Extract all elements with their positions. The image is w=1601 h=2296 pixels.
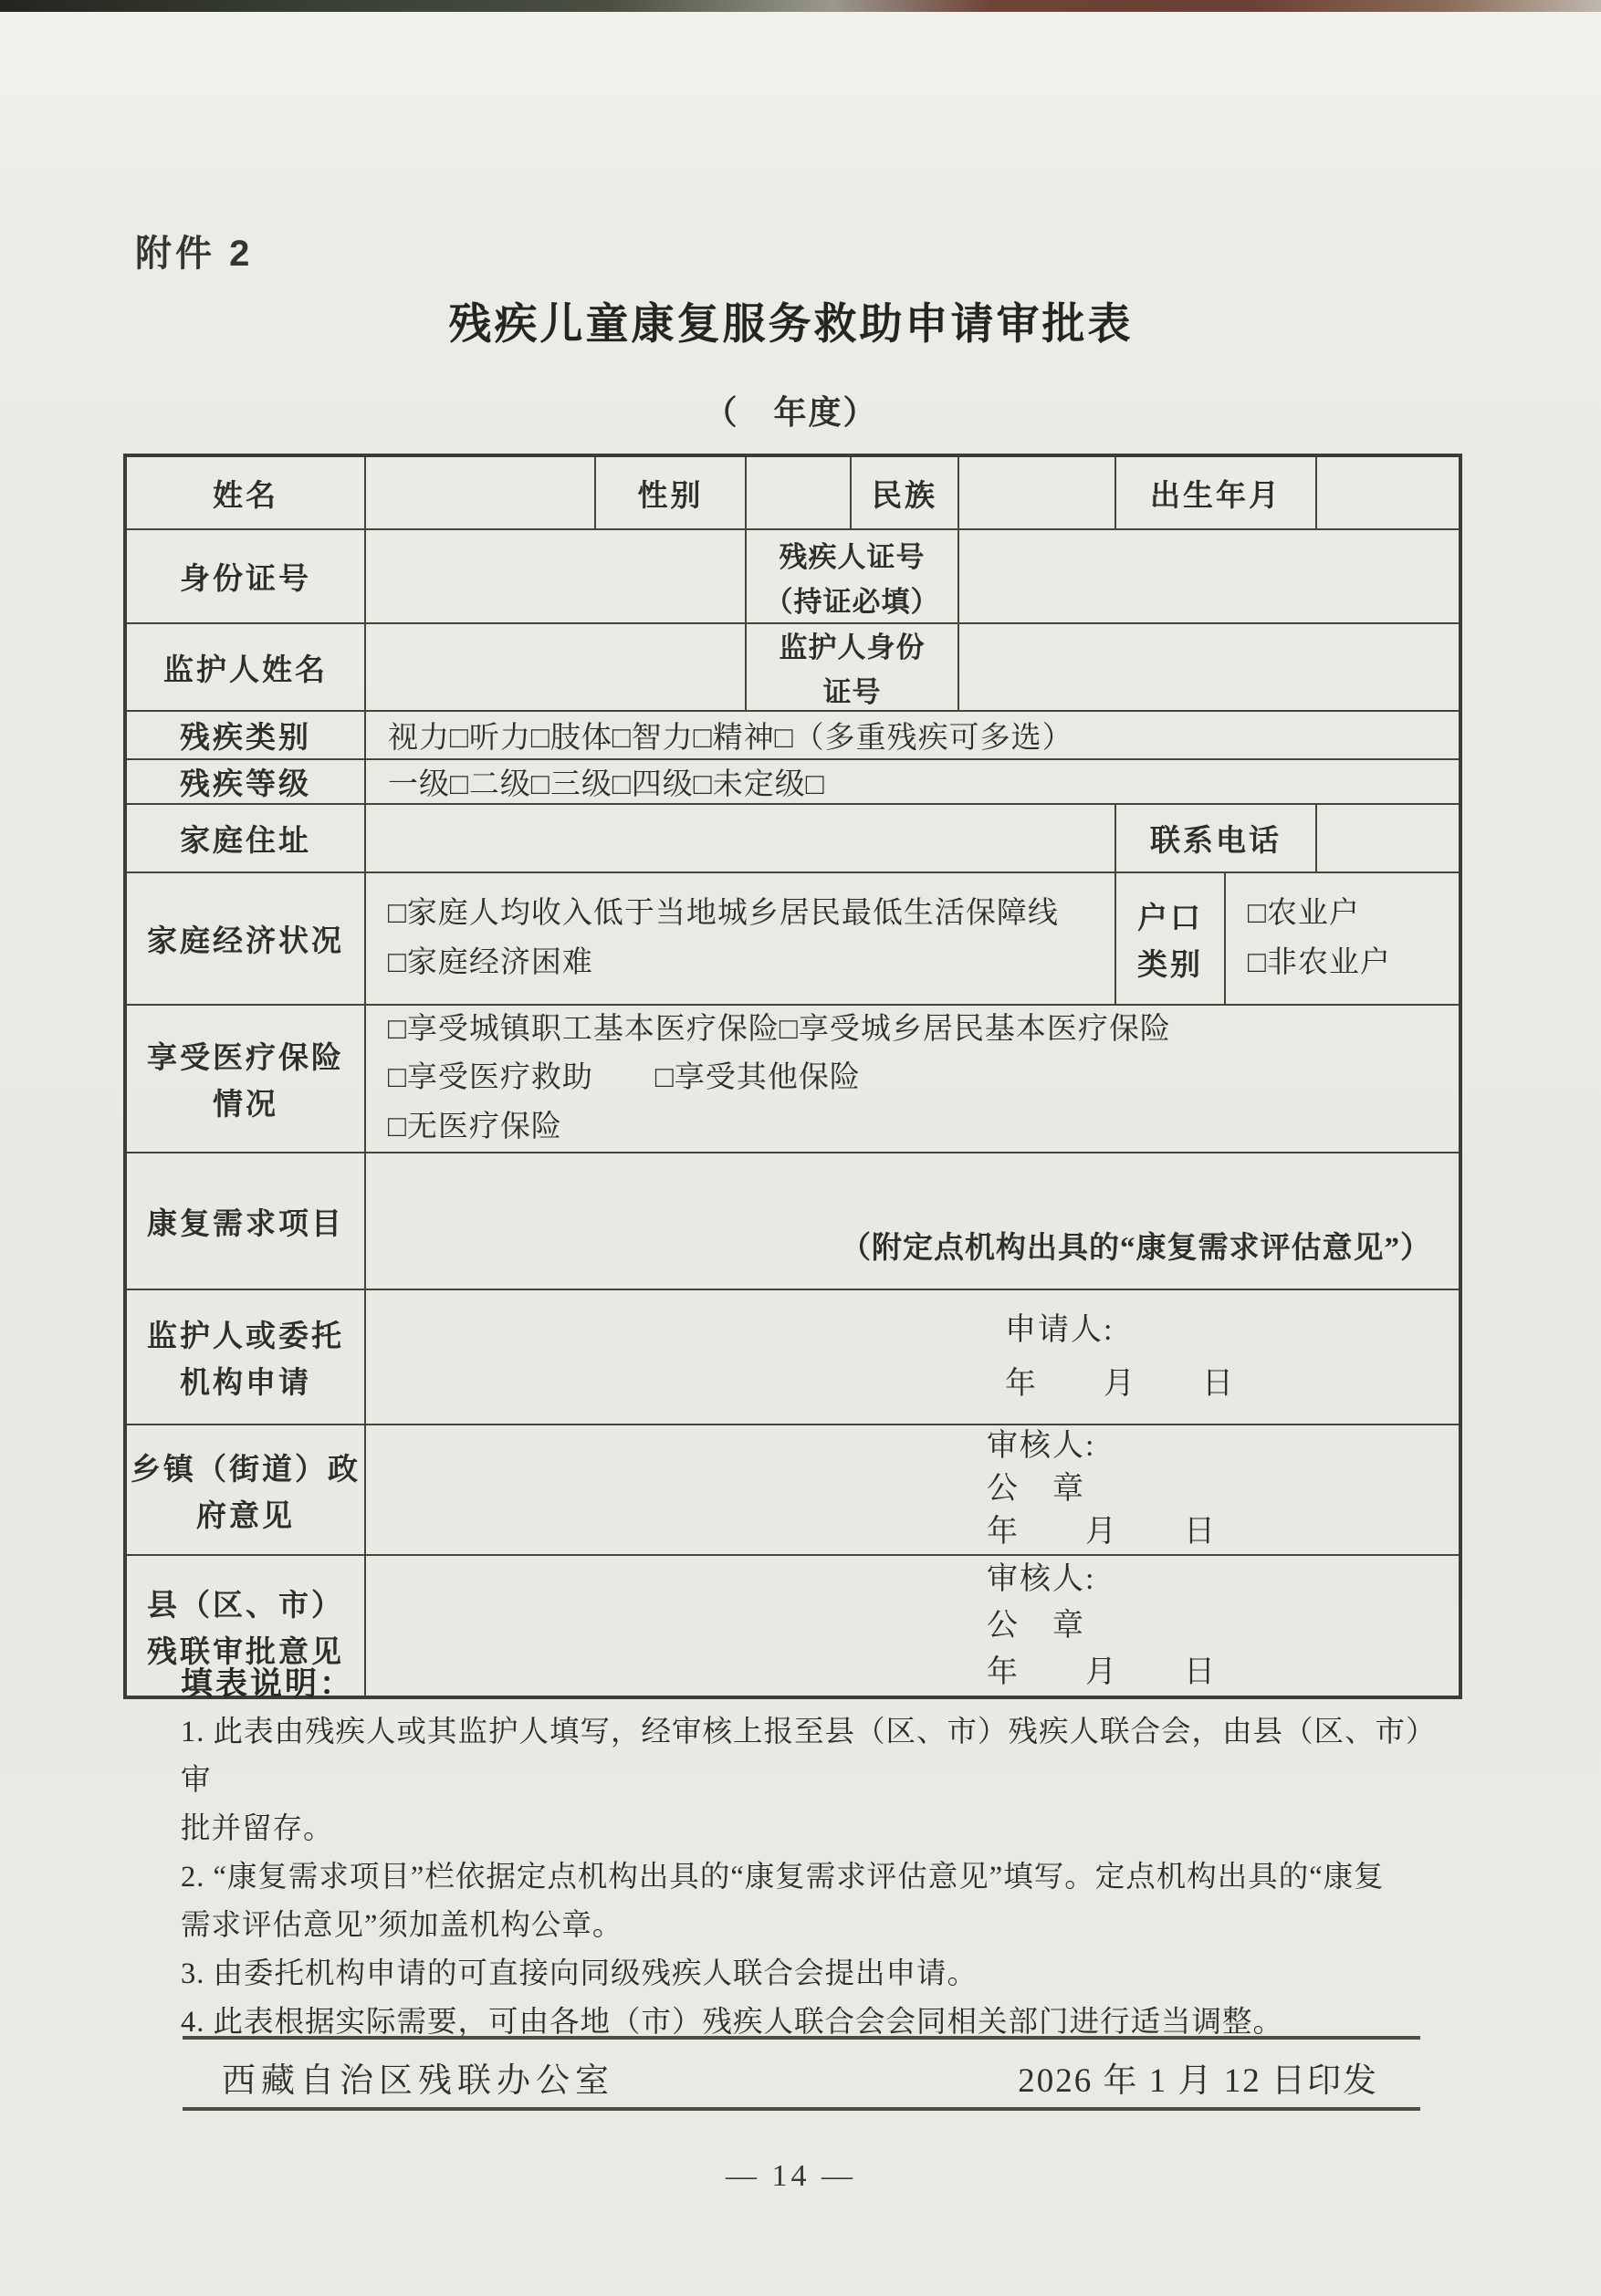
row-disability-level: 残疾等级 一级□二级□三级□四级□未定级□ [125, 759, 1460, 804]
instruction-line-2-cont: 需求评估意见”须加盖机构公章。 [181, 1902, 1442, 1950]
name-value-cell [365, 455, 595, 529]
ethnicity-value-cell [958, 455, 1115, 529]
disability-cert-label: 残疾人证号 （持证必填） [746, 529, 958, 623]
insurance-label: 享受医疗保险 情况 [125, 1005, 365, 1153]
rehab-needs-note: （附定点机构出具的“康复需求评估意见”） [841, 1224, 1431, 1267]
application-approval-form-table: 姓名 性别 民族 出生年月 身份证号 残疾人证号 （持证必填） 监护人姓名 监护… [123, 454, 1462, 1699]
guardian-name-value-cell [365, 623, 746, 711]
disability-level-options: 一级□二级□三级□四级□未定级□ [365, 759, 1460, 804]
instruction-line-2: 2. “康复需求项目”栏依据定点机构出具的“康复需求评估意见”填写。定点机构出具… [181, 1853, 1442, 1902]
insurance-option-employee-resident: □享受城镇职工基本医疗保险□享受城乡居民基本医疗保险 [388, 1006, 1459, 1054]
page-title: 残疾儿童康复服务救助申请审批表 [123, 290, 1459, 351]
family-economy-option-low-income: □家庭人均收入低于当地城乡居民最低生活保障线 [388, 890, 1114, 938]
row-applicant-section: 监护人或委托 机构申请 申请人: 年 月 日 [125, 1289, 1460, 1425]
applicant-section-label: 监护人或委托 机构申请 [125, 1289, 365, 1425]
applicant-section-cell: 申请人: 年 月 日 [365, 1289, 1460, 1425]
insurance-option-aid-other: □享受医疗救助 □享受其他保险 [388, 1054, 1459, 1102]
phone-label: 联系电话 [1115, 804, 1316, 872]
disability-type-options: 视力□听力□肢体□智力□精神□（多重残疾可多选） [365, 711, 1460, 759]
family-economy-options: □家庭人均收入低于当地城乡居民最低生活保障线 □家庭经济困难 [365, 872, 1115, 1005]
row-township-section: 乡镇（街道）政 府意见 审核人: 公 章 年 月 日 [125, 1425, 1460, 1555]
row-id-numbers: 身份证号 残疾人证号 （持证必填） [125, 529, 1460, 623]
township-signature-block: 审核人: 公 章 年 月 日 [366, 1425, 1459, 1554]
ethnicity-label: 民族 [851, 455, 958, 529]
attachment-label: 附件 2 [135, 224, 253, 277]
township-seal-label: 公 章 [987, 1468, 1459, 1511]
row-address: 家庭住址 联系电话 [125, 804, 1460, 872]
row-rehab-needs: 康复需求项目 （附定点机构出具的“康复需求评估意见”） [125, 1153, 1460, 1289]
township-section-cell: 审核人: 公 章 年 月 日 [365, 1425, 1460, 1555]
year-blank-line: （ 年度） [123, 387, 1459, 433]
home-address-label: 家庭住址 [125, 804, 365, 872]
instruction-line-1-cont: 批并留存。 [181, 1805, 1442, 1853]
rehab-needs-value-cell: （附定点机构出具的“康复需求评估意见”） [365, 1153, 1460, 1289]
footer-issue-date: 2026 年 1 月 12 日印发 [1018, 2052, 1378, 2102]
hukou-option-agricultural: □农业户 [1248, 890, 1459, 938]
birthdate-value-cell [1316, 455, 1460, 529]
guardian-name-label: 监护人姓名 [125, 623, 365, 711]
row-disability-type: 残疾类别 视力□听力□肢体□智力□精神□（多重残疾可多选） [125, 711, 1460, 759]
instructions-heading: 填表说明： [181, 1661, 1442, 1708]
row-basic-identity: 姓名 性别 民族 出生年月 [125, 455, 1460, 529]
gender-value-cell [746, 455, 851, 529]
footer-top-rule [183, 2036, 1420, 2040]
row-insurance: 享受医疗保险 情况 □享受城镇职工基本医疗保险□享受城乡居民基本医疗保险 □享受… [125, 1005, 1460, 1153]
instruction-line-3: 3. 由委托机构申请的可直接向同级残疾人联合会提出申请。 [181, 1950, 1442, 1999]
hukou-type-options: □农业户 □非农业户 [1225, 872, 1460, 1005]
name-label: 姓名 [125, 455, 365, 529]
county-seal-label: 公 章 [987, 1602, 1459, 1649]
footer-issuer: 西藏自治区残联办公室 [222, 2052, 614, 2102]
insurance-option-none: □无医疗保险 [388, 1103, 1459, 1152]
gender-label: 性别 [595, 455, 746, 529]
rehab-needs-label: 康复需求项目 [125, 1153, 365, 1289]
county-reviewer-label: 审核人: [987, 1556, 1459, 1602]
page-number: — 14 — [123, 2159, 1459, 2194]
birthdate-label: 出生年月 [1115, 455, 1316, 529]
disability-level-label: 残疾等级 [125, 759, 365, 804]
hukou-type-label: 户口 类别 [1115, 872, 1225, 1005]
disability-type-label: 残疾类别 [125, 711, 365, 759]
home-address-value-cell [365, 804, 1115, 872]
phone-value-cell [1316, 804, 1460, 872]
instruction-line-4: 4. 此表根据实际需要，可由各地（市）残疾人联合会会同相关部门进行适当调整。 [181, 1999, 1442, 2047]
township-reviewer-label: 审核人: [987, 1425, 1459, 1468]
township-date-line: 年 月 日 [987, 1511, 1459, 1554]
applicant-date-line: 年 月 日 [1005, 1357, 1459, 1412]
hukou-option-non-agricultural: □非农业户 [1248, 939, 1459, 987]
row-family-economy: 家庭经济状况 □家庭人均收入低于当地城乡居民最低生活保障线 □家庭经济困难 户口… [125, 872, 1460, 1005]
id-number-value-cell [365, 529, 746, 623]
guardian-id-label: 监护人身份 证号 [746, 623, 958, 711]
family-economy-label: 家庭经济状况 [125, 872, 365, 1005]
filling-instructions: 填表说明： 1. 此表由残疾人或其监护人填写，经审核上报至县（区、市）残疾人联合… [181, 1661, 1442, 2047]
scanner-edge-artifact [0, 0, 1601, 12]
family-economy-option-hardship: □家庭经济困难 [388, 939, 1114, 987]
applicant-signature-block: 申请人: 年 月 日 [366, 1303, 1459, 1412]
row-guardian: 监护人姓名 监护人身份 证号 [125, 623, 1460, 711]
township-section-label: 乡镇（街道）政 府意见 [125, 1425, 365, 1555]
footer-bottom-rule [183, 2107, 1420, 2111]
id-number-label: 身份证号 [125, 529, 365, 623]
guardian-id-value-cell [958, 623, 1460, 711]
applicant-sign-label: 申请人: [1005, 1303, 1459, 1358]
disability-cert-value-cell [958, 529, 1460, 623]
instruction-line-1: 1. 此表由残疾人或其监护人填写，经审核上报至县（区、市）残疾人联合会，由县（区… [181, 1708, 1442, 1805]
insurance-options: □享受城镇职工基本医疗保险□享受城乡居民基本医疗保险 □享受医疗救助 □享受其他… [365, 1005, 1460, 1153]
